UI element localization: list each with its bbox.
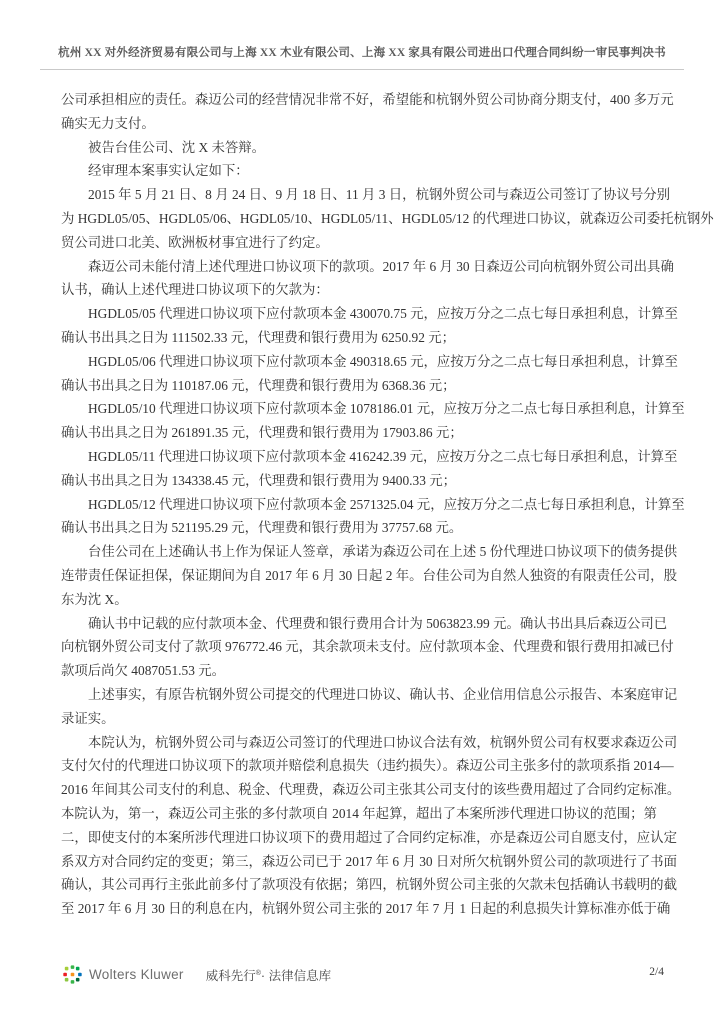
- document-text-line: 森迈公司未能付清上述代理进口协议项下的款项。2017 年 6 月 30 日森迈公…: [61, 255, 663, 279]
- product-name-text: 威科先行: [206, 969, 256, 983]
- document-page: { "header": { "title": "杭州 XX 对外经济贸易有限公司…: [0, 0, 724, 1024]
- document-body: 公司承担相应的责任。森迈公司的经营情况非常不好，希望能和杭钢外贸公司协商分期支付…: [61, 88, 663, 921]
- document-text-line: HGDL05/06 代理进口协议项下应付款项本金 490318.65 元，应按万…: [61, 350, 663, 374]
- document-text-line: 2015 年 5 月 21 日、8 月 24 日、9 月 18 日、11 月 3…: [61, 183, 663, 207]
- document-text-line: 被告台佳公司、沈 X 未答辩。: [61, 136, 663, 160]
- document-text-line: 支付欠付的代理进口协议项下的款项并赔偿利息损失（违约损失）。森迈公司主张多付的款…: [61, 754, 663, 778]
- wolters-kluwer-logo-icon: [63, 965, 82, 984]
- document-text-line: HGDL05/05 代理进口协议项下应付款项本金 430070.75 元，应按万…: [61, 302, 663, 326]
- document-text-line: 本院认为，第一，森迈公司主张的多付款项自 2014 年起算，超出了本案所涉代理进…: [61, 802, 663, 826]
- document-text-line: 系双方对合同约定的变更；第三，森迈公司已于 2017 年 6 月 30 日对所欠…: [61, 850, 663, 874]
- product-name: 威科先行®· 法律信息库: [206, 966, 331, 984]
- product-library-text: 法律信息库: [265, 969, 331, 983]
- document-text-line: 2016 年间其公司支付的利息、税金、代理费，森迈公司主张其公司支付的该些费用超…: [61, 778, 663, 802]
- document-text-line: 确认书出具之日为 134338.45 元，代理费和银行费用为 9400.33 元…: [61, 469, 663, 493]
- document-text-line: 贸公司进口北美、欧洲板材事宜进行了约定。: [61, 231, 663, 255]
- document-text-line: HGDL05/10 代理进口协议项下应付款项本金 1078186.01 元，应按…: [61, 397, 663, 421]
- document-text-line: 确实无力支付。: [61, 112, 663, 136]
- document-text-line: 连带责任保证担保，保证期间为自 2017 年 6 月 30 日起 2 年。台佳公…: [61, 564, 663, 588]
- document-text-line: 确认书出具之日为 261891.35 元，代理费和银行费用为 17903.86 …: [61, 421, 663, 445]
- page-footer: Wolters Kluwer 威科先行®· 法律信息库 2/4: [0, 962, 724, 992]
- document-text-line: 认书，确认上述代理进口协议项下的欠款为：: [61, 278, 663, 302]
- document-text-line: 东为沈 X。: [61, 588, 663, 612]
- document-text-line: 确认，其公司再行主张此前多付了款项没有依据；第四，杭钢外贸公司主张的欠款未包括确…: [61, 873, 663, 897]
- document-title: 杭州 XX 对外经济贸易有限公司与上海 XX 木业有限公司、上海 XX 家具有限…: [40, 44, 684, 60]
- document-text-line: 向杭钢外贸公司支付了款项 976772.46 元，其余款项未支付。应付款项本金、…: [61, 635, 663, 659]
- document-text-line: 二，即使支付的本案所涉代理进口协议项下的费用超过了合同约定标准，亦是森迈公司自愿…: [61, 826, 663, 850]
- document-text-line: 确认书出具之日为 111502.33 元，代理费和银行费用为 6250.92 元…: [61, 326, 663, 350]
- document-text-line: 台佳公司在上述确认书上作为保证人签章，承诺为森迈公司在上述 5 份代理进口协议项…: [61, 540, 663, 564]
- document-text-line: 至 2017 年 6 月 30 日的利息在内，杭钢外贸公司主张的 2017 年 …: [61, 897, 663, 921]
- document-text-line: 本院认为，杭钢外贸公司与森迈公司签订的代理进口协议合法有效，杭钢外贸公司有权要求…: [61, 731, 663, 755]
- document-text-line: 款项后尚欠 4087051.53 元。: [61, 659, 663, 683]
- document-text-line: HGDL05/11 代理进口协议项下应付款项本金 416242.39 元，应按万…: [61, 445, 663, 469]
- page-number: 2/4: [649, 966, 664, 978]
- document-text-line: 经审理本案事实认定如下：: [61, 159, 663, 183]
- document-text-line: HGDL05/12 代理进口协议项下应付款项本金 2571325.04 元，应按…: [61, 493, 663, 517]
- document-text-line: 确认书中记载的应付款项本金、代理费和银行费用合计为 5063823.99 元。确…: [61, 612, 663, 636]
- document-text-line: 确认书出具之日为 521195.29 元，代理费和银行费用为 37757.68 …: [61, 516, 663, 540]
- document-text-line: 公司承担相应的责任。森迈公司的经营情况非常不好，希望能和杭钢外贸公司协商分期支付…: [61, 88, 663, 112]
- brand-name: Wolters Kluwer: [89, 967, 184, 982]
- document-text-line: 确认书出具之日为 110187.06 元，代理费和银行费用为 6368.36 元…: [61, 374, 663, 398]
- brand-block: Wolters Kluwer 威科先行®· 法律信息库: [63, 965, 331, 984]
- document-text-line: 为 HGDL05/05、HGDL05/06、HGDL05/10、HGDL05/1…: [61, 207, 663, 231]
- page-header: 杭州 XX 对外经济贸易有限公司与上海 XX 木业有限公司、上海 XX 家具有限…: [40, 44, 684, 70]
- document-text-line: 上述事实，有原告杭钢外贸公司提交的代理进口协议、确认书、企业信用信息公示报告、本…: [61, 683, 663, 707]
- document-text-line: 录证实。: [61, 707, 663, 731]
